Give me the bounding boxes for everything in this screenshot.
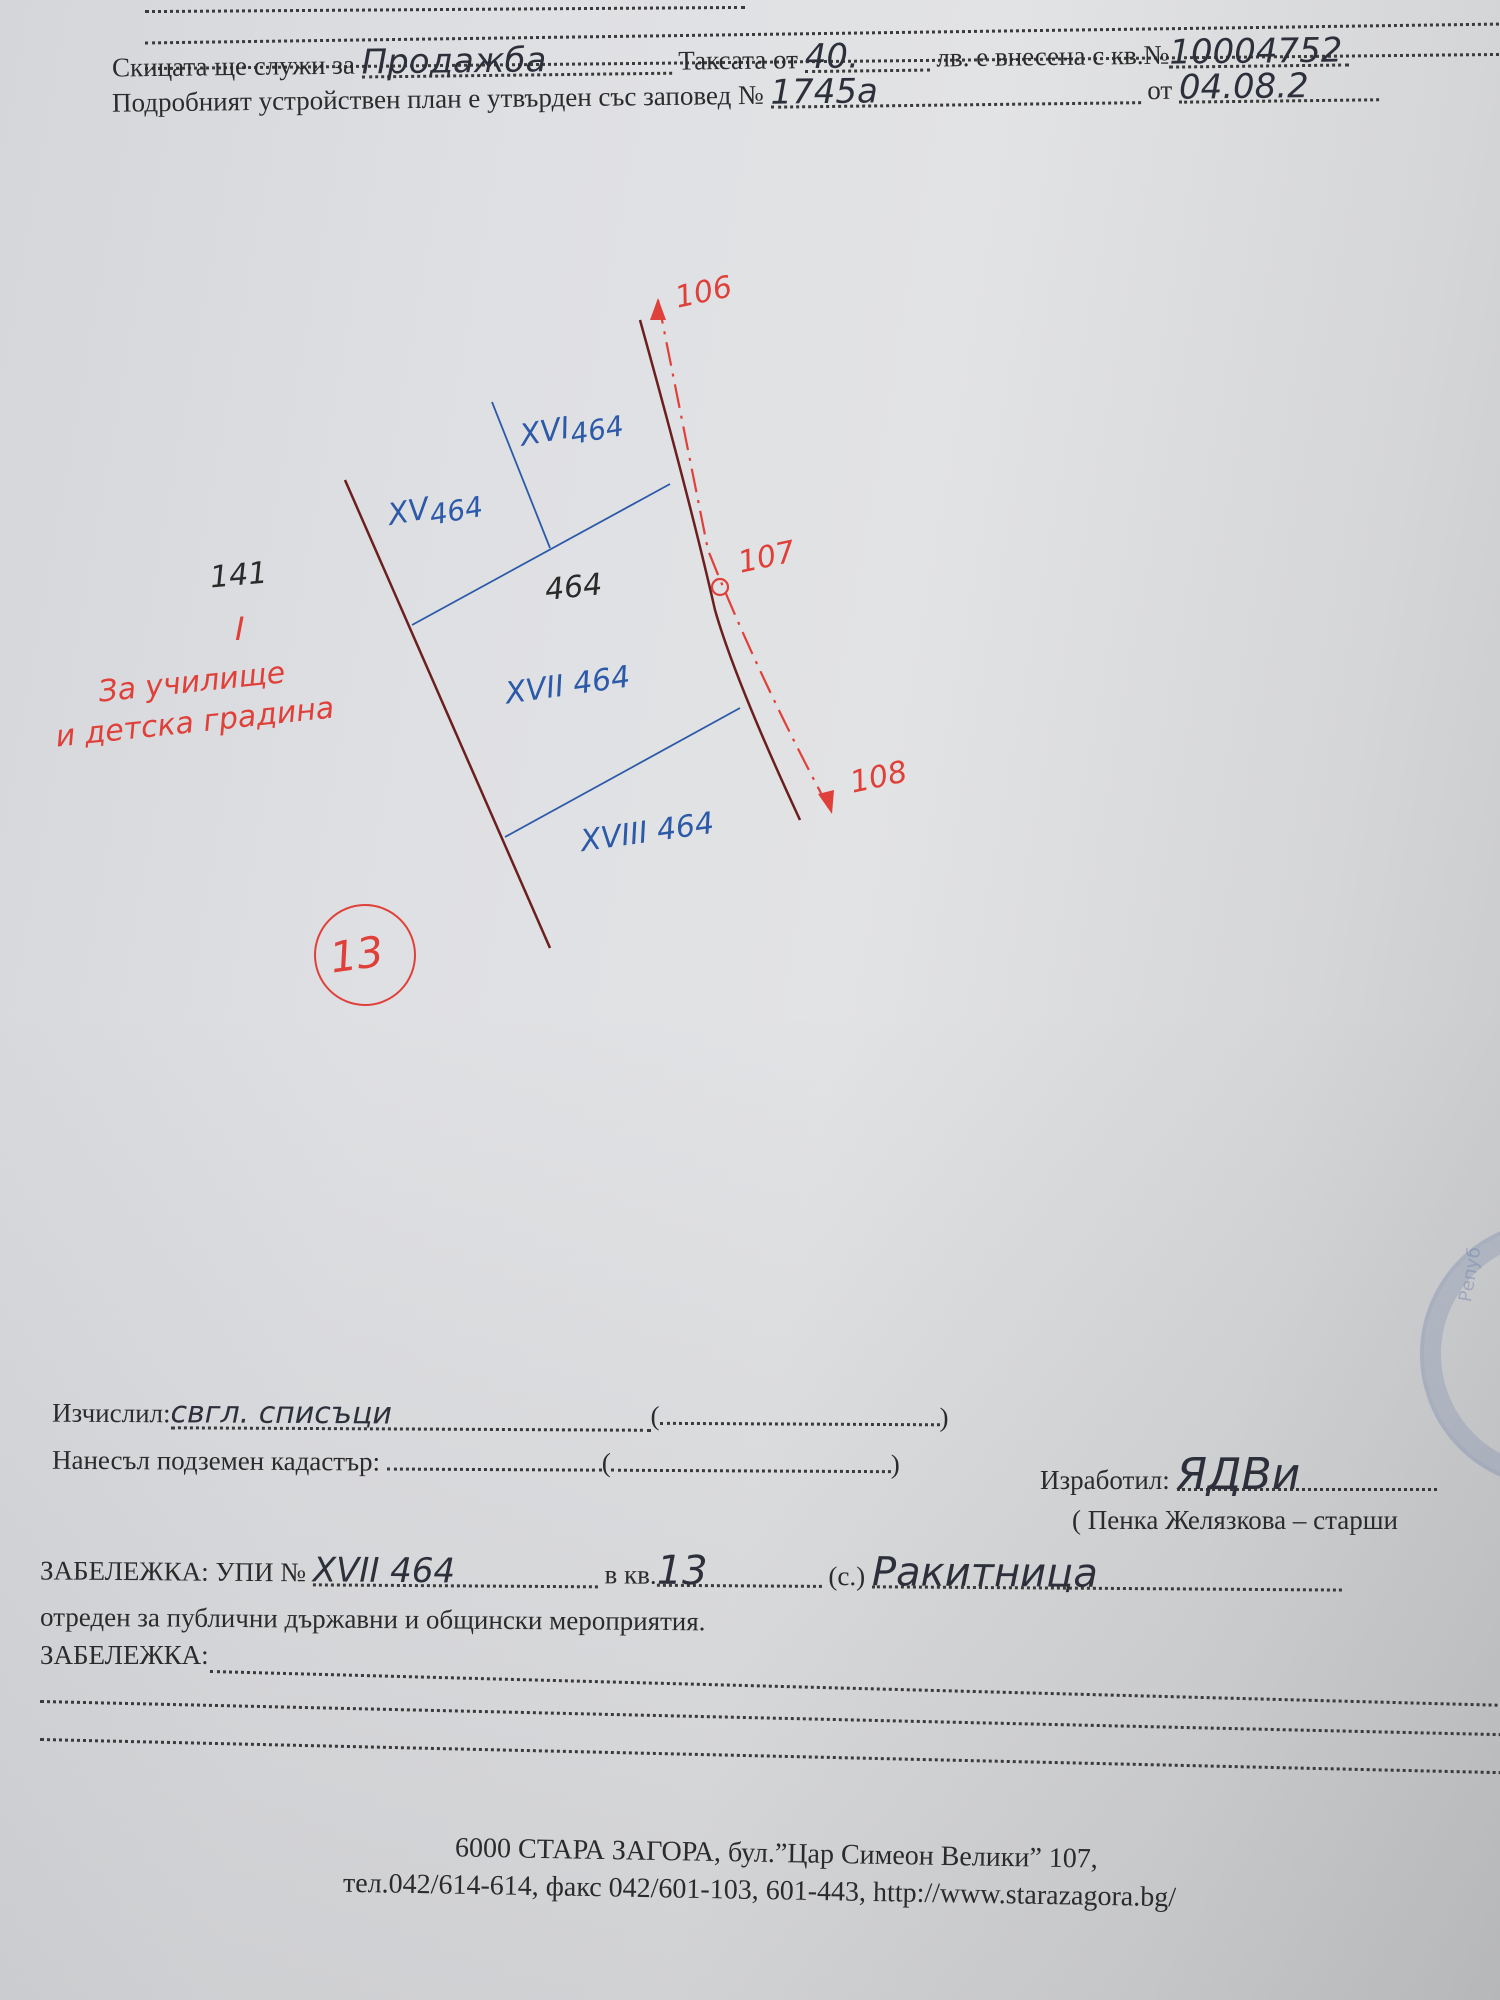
computed-label: Изчислил: [52,1398,171,1429]
lot-roman: XVI [517,411,572,454]
upi-field[interactable]: XVII 464 [313,1557,598,1588]
note-label: ЗАБЕЛЕЖКА: УПИ № [40,1555,306,1587]
point-107-marker [712,579,728,595]
upi-value: XVII 464 [313,1550,456,1591]
computed-field[interactable]: свгл. списъци [170,1400,650,1432]
left-boundary-line [345,480,550,948]
arrow-up-icon [650,298,666,320]
prepared-signature-field[interactable]: ЯДВи [1177,1462,1437,1491]
lot-roman: XV [385,491,432,533]
neighbor-lot-number: 141 [209,556,269,596]
village-label: (с.) [828,1561,865,1591]
block-value: 13 [657,1548,708,1594]
block-field[interactable]: 13 [657,1558,822,1588]
neighbor-lot-roman: I [235,610,244,648]
note-purpose: отреден за публични държавни и общински … [40,1602,706,1638]
prepared-signature: ЯДВи [1177,1449,1301,1500]
village-value: Ракитница [872,1549,1098,1597]
prepared-row: Изработил: ЯДВи [1040,1462,1437,1496]
cadastre-label: Нанесъл подземен кадастър: [52,1445,380,1477]
village-field[interactable]: Ракитница [872,1559,1342,1591]
lot-464-label: 464 [543,567,604,608]
cadastre-field[interactable] [387,1468,602,1472]
computed-name-field[interactable] [660,1422,940,1426]
cadastre-row: Нанесъл подземен кадастър: () [52,1445,900,1480]
block-label: в кв. [604,1559,656,1589]
block-number: 13 [327,927,387,983]
note2-row: ЗАБЕЛЕЖКА: [40,1640,209,1671]
note2-label: ЗАБЕЛЕЖКА: [40,1640,209,1670]
computed-row: Изчислил:свгл. списъци() [52,1398,949,1434]
prepared-name: ( Пенка Желязкова – старши [1072,1505,1398,1536]
prepared-label: Изработил: [1040,1465,1170,1495]
cadastre-name-field[interactable] [611,1469,891,1473]
computed-value: свгл. списъци [170,1395,392,1431]
arrow-down-icon [818,790,834,814]
